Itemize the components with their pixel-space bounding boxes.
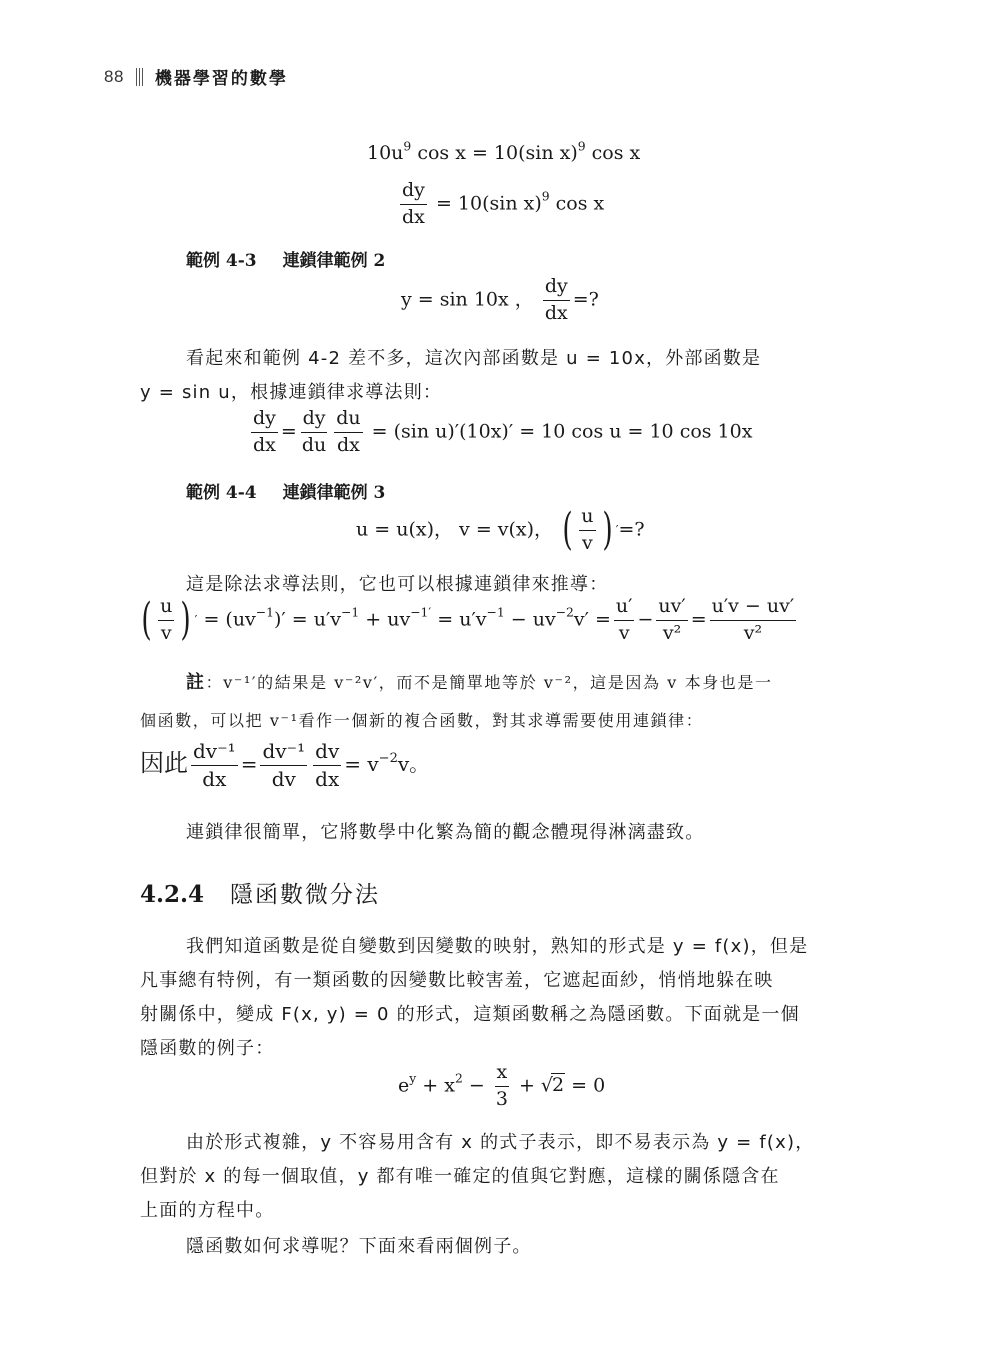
fraction: dv⁻¹dx <box>191 740 238 791</box>
paragraph-1-line-1: 看起來和範例 4-2 差不多，這次內部函數是 u = 10x，外部函數是 <box>186 344 761 370</box>
fraction-dy-dx: dydx <box>543 276 570 325</box>
paragraph-5-line-2: 但對於 x 的每一個取值，y 都有唯一確定的值與它對應，這樣的關係隱含在 <box>140 1162 780 1188</box>
paragraph-1-line-2: y = sin u，根據連鎖律求導法則： <box>140 378 442 404</box>
page-header: 88 機器學習的數學 <box>104 64 288 89</box>
fraction: dydu <box>300 408 328 457</box>
equation-7: 因此dv⁻¹dx=dv⁻¹dvdvdx= v−2v。 <box>140 740 429 791</box>
equation-5: u = u(x)， v = v(x)， (uv)′=? <box>356 506 645 555</box>
fraction: x3 <box>494 1062 510 1111</box>
paragraph-2: 這是除法求導法則，它也可以根據連鎖律來推導： <box>186 570 608 596</box>
paragraph-3: 連鎖律很簡單，它將數學中化繁為簡的觀念體現得淋漓盡致。 <box>186 818 704 844</box>
example-heading-4-4: 範例 4-4連鎖律範例 3 <box>186 478 385 503</box>
paragraph-4-line-1: 我們知道函數是從自變數到因變數的映射，熟知的形式是 y = f(x)，但是 <box>186 932 808 958</box>
note-line-1: 註：v⁻¹′的結果是 v⁻²v′，而不是簡單地等於 v⁻²，這是因為 v 本身也… <box>186 668 773 694</box>
book-title: 機器學習的數學 <box>155 64 288 89</box>
equation-2: dydx = 10(sin x)9 cos x <box>397 180 604 229</box>
paragraph-6: 隱函數如何求導呢？下面來看兩個例子。 <box>186 1232 532 1258</box>
paragraph-4-line-4: 隱函數的例子： <box>140 1034 274 1060</box>
section-heading: 4.2.4隱函數微分法 <box>140 876 380 909</box>
equation-1: 10u9 cos x = 10(sin x)9 cos x <box>367 142 640 164</box>
fraction: u′v − uv′v² <box>710 596 797 645</box>
paragraph-4-line-2: 凡事總有特例，有一類函數的因變數比較害羞，它遮起面紗，悄悄地躲在映 <box>140 966 774 992</box>
paragraph-5-line-1: 由於形式複雜，y 不容易用含有 x 的式子表示，即不易表示為 y = f(x)， <box>186 1128 814 1154</box>
paragraph-4-line-3: 射關係中，變成 F(x, y) = 0 的形式，這類函數稱之為隱函數。下面就是一… <box>140 1000 800 1026</box>
fraction: uv′v² <box>656 596 687 645</box>
fraction-dy-dx: dydx <box>400 180 427 229</box>
paren-fraction: (uv)′ <box>138 596 197 645</box>
page-number: 88 <box>104 67 124 87</box>
fraction: dv⁻¹dv <box>260 740 307 791</box>
fraction: dudx <box>334 408 362 457</box>
note-label: 註 <box>186 672 206 693</box>
equation-4: dydx=dydududx = (sin u)′(10x)′ = 10 cos … <box>248 408 752 457</box>
divider-bars-icon <box>136 68 143 86</box>
fraction: u′v <box>614 596 635 645</box>
paragraph-5-line-3: 上面的方程中。 <box>140 1196 274 1222</box>
equation-6: (uv)′ = (uv−1)′ = u′v−1 + uv−1′ = u′v−1 … <box>138 596 799 645</box>
equation-8: ey + x2 − x3 + √2 = 0 <box>398 1062 605 1111</box>
equation-3: y = sin 10x ， dydx=? <box>401 276 599 325</box>
paren-fraction: (uv)′ <box>559 506 618 555</box>
fraction: dvdx <box>313 740 341 791</box>
note-line-2: 個函數，可以把 v⁻¹看作一個新的複合函數，對其求導需要使用連鎖律： <box>140 708 703 731</box>
example-heading-4-3: 範例 4-3連鎖律範例 2 <box>186 246 385 271</box>
fraction: dydx <box>251 408 278 457</box>
